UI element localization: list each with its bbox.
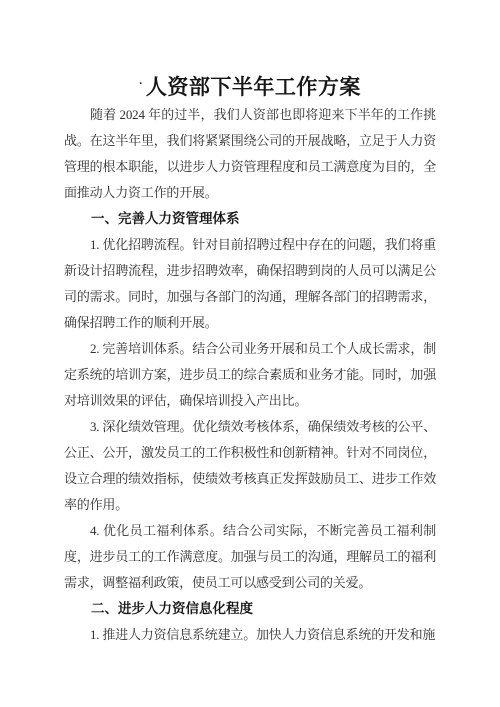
section-2-paragraph-1: 1. 推进人力资信息系统建立。加快人力资信息系统的开发和施	[64, 622, 436, 648]
section-1-paragraph-4: 4. 优化员工福利体系。结合公司实际，不断完善员工福利制度，进步员工的工作满意度…	[64, 518, 436, 596]
document-title-text: 人资部下半年工作方案	[146, 76, 361, 99]
document-title: ·人资部下半年工作方案	[64, 70, 436, 102]
section-1-paragraph-3: 3. 深化绩效管理。优化绩效考核体系，确保绩效考核的公平、公正、公开，激发员工的…	[64, 414, 436, 518]
section-1-paragraph-1: 1. 优化招聘流程。针对目前招聘过程中存在的问题，我们将重新设计招聘流程，进步招…	[64, 232, 436, 336]
document-page: ·人资部下半年工作方案 随着 2024 年的过半，我们人资部也即将迎来下半年的工…	[0, 0, 500, 707]
section-1-heading: 一、完善人力资管理体系	[64, 206, 436, 232]
title-bullet: ·	[139, 78, 143, 90]
section-1-paragraph-2: 2. 完善培训体系。结合公司业务开展和员工个人成长需求，制定系统的培训方案，进步…	[64, 336, 436, 414]
intro-paragraph: 随着 2024 年的过半，我们人资部也即将迎来下半年的工作挑战。在这半年里，我们…	[64, 102, 436, 206]
section-2-heading: 二、进步人力资信息化程度	[64, 596, 436, 622]
